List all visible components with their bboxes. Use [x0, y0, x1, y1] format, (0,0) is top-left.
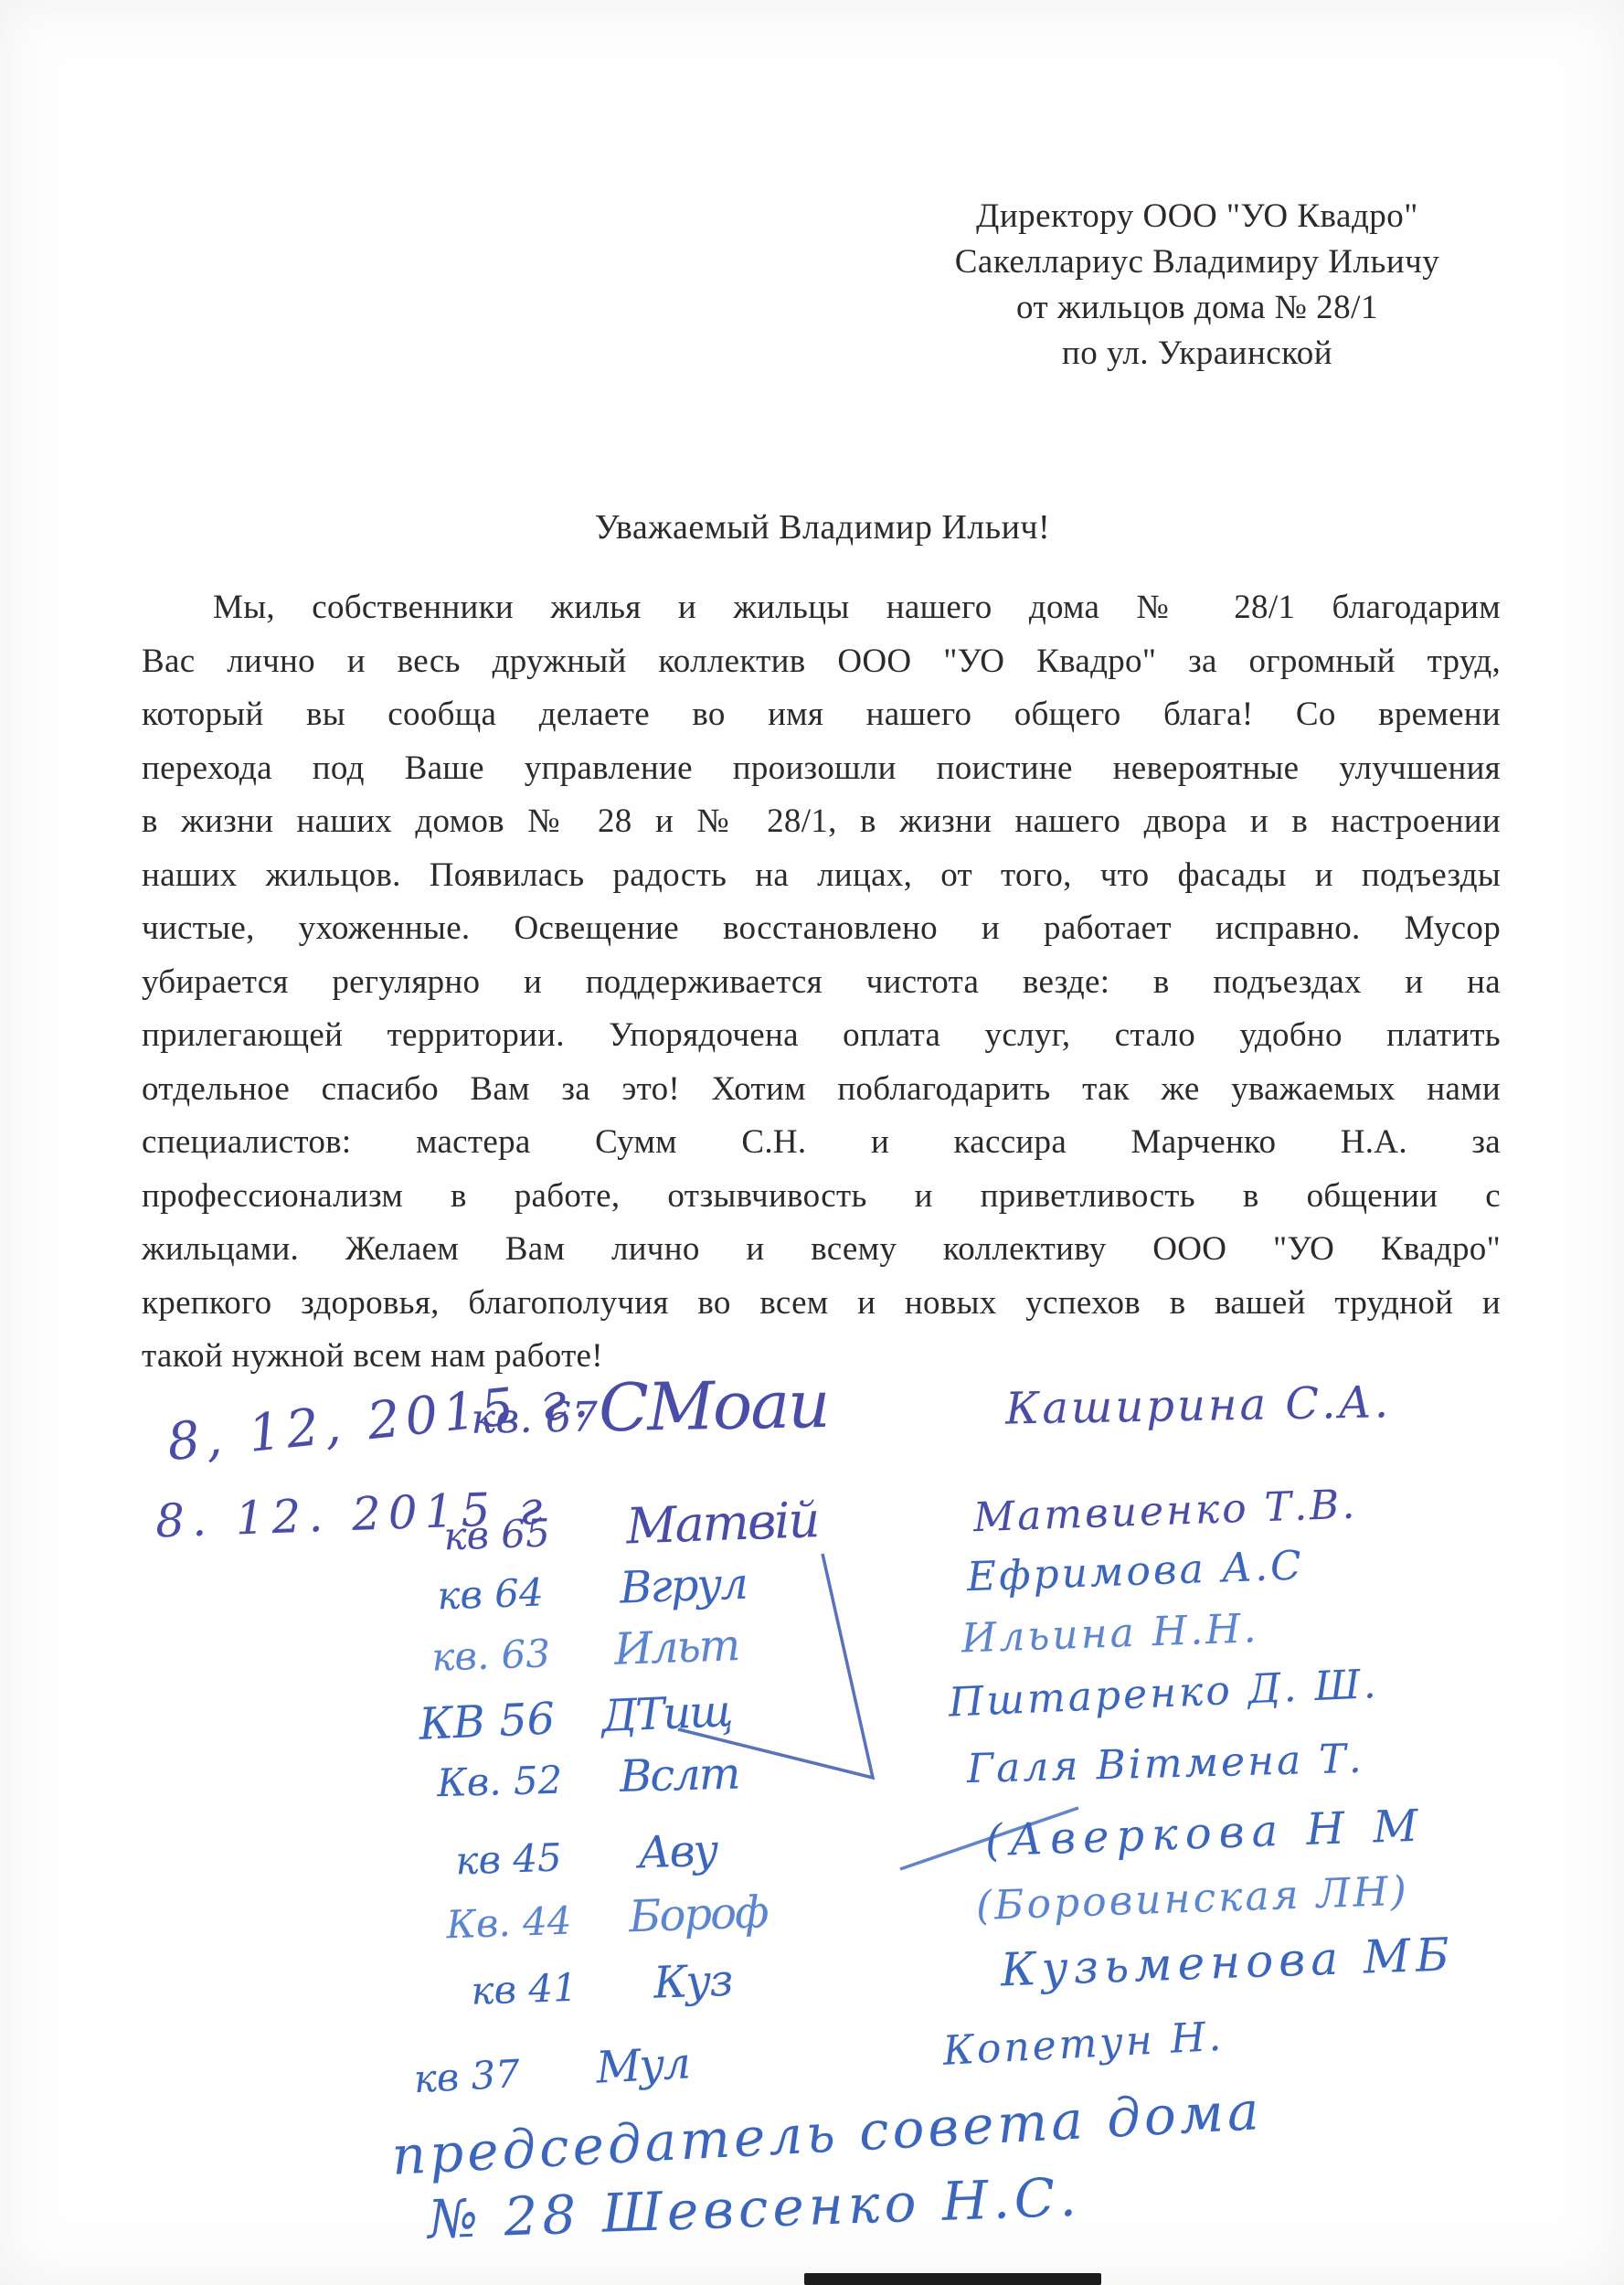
apartment-number: кв 45: [455, 1833, 640, 1884]
apartment-number: кв 37: [412, 2047, 597, 2101]
signature-scribble: Аву: [637, 1815, 986, 1878]
apartment-number: кв 41: [471, 1962, 655, 2014]
signer-name: Кузьменова МБ: [1000, 1928, 1456, 1996]
signature-scribble: ДТищ: [600, 1676, 950, 1743]
body-line: Мы, собственники жилья и жильцы нашего д…: [142, 581, 1501, 635]
recipient-line: Директору ООО "УО Квадро": [896, 194, 1499, 239]
signature-scribble: Бороф: [628, 1879, 977, 1942]
letter-body: Мы, собственники жилья и жильцы нашего д…: [142, 581, 1501, 1384]
signature-scribble: Вгрул: [619, 1550, 968, 1613]
apartment-number: кв. 63: [430, 1629, 615, 1680]
body-line: перехода под Ваше управление произошли п…: [142, 742, 1501, 796]
body-line: который вы сообща делаете во имя нашего …: [142, 688, 1501, 742]
signature-scribble: Вслт: [619, 1742, 967, 1802]
signer-name: Ефримова А.С: [966, 1542, 1304, 1600]
body-line: специалистов: мастера Сумм С.Н. и кассир…: [142, 1116, 1501, 1170]
signature-scribble: Ильт: [613, 1612, 962, 1675]
signer-name: Копетун Н.: [942, 2014, 1226, 2075]
apartment-number: Кв. 52: [437, 1756, 621, 1805]
signer-name: (Боровинская ЛН): [975, 1868, 1410, 1930]
signer-name: Ильина Н.Н.: [961, 1605, 1259, 1662]
recipient-line: по ул. Украинской: [896, 331, 1499, 377]
signer-name: (Аверкова Н М: [984, 1800, 1426, 1866]
signature-scribble: Куз: [653, 1946, 1002, 2009]
body-line: в жизни наших домов № 28 и № 28/1, в жиз…: [142, 795, 1501, 849]
body-line: профессионализм в работе, отзывчивость и…: [142, 1170, 1501, 1224]
apartment-number: кв 64: [436, 1568, 621, 1619]
body-line: чистые, ухоженные. Освещение восстановле…: [142, 902, 1501, 956]
recipient-line: от жильцов дома № 28/1: [896, 285, 1499, 331]
signer-name: Пштаренко Д. Ш.: [948, 1661, 1380, 1726]
apartment-number: кв. 67: [471, 1392, 600, 1442]
recipient-line: Сакеллариус Владимиру Ильичу: [896, 239, 1499, 285]
signer-name: Матвиенко Т.В.: [972, 1482, 1358, 1542]
body-line: убирается регулярно и поддерживается чис…: [142, 956, 1501, 1010]
body-line: отдельное спасибо Вам за это! Хотим побл…: [142, 1063, 1501, 1117]
recipient-block: Директору ООО "УО Квадро" Сакеллариус Вл…: [896, 194, 1499, 377]
apartment-number: кв 65: [443, 1507, 628, 1558]
signature-scribble: Мул: [595, 2025, 944, 2094]
signature-scribble: СМоаи: [598, 1363, 1005, 1447]
scan-edge-artifact: [804, 2273, 1101, 2285]
apartment-number: Кв. 44: [446, 1896, 631, 1947]
signature-scribble: Матвій: [625, 1485, 974, 1555]
signer-name: Каширина С.А.: [1005, 1376, 1392, 1434]
letter-page: Директору ООО "УО Квадро" Сакеллариус Вл…: [0, 0, 1624, 2285]
body-line: наших жильцов. Появилась радость на лица…: [142, 849, 1501, 903]
salutation: Уважаемый Владимир Ильич!: [142, 507, 1503, 547]
body-line: жильцами. Желаем Вам лично и всему колле…: [142, 1223, 1501, 1277]
body-line: крепкого здоровья, благополучия во всем …: [142, 1277, 1501, 1331]
apartment-number: КВ 56: [418, 1691, 602, 1750]
body-line: Вас лично и весь дружный коллектив ООО "…: [142, 635, 1501, 689]
signer-name: Галя Вітмена Т.: [966, 1736, 1364, 1792]
body-line: прилегающей территории. Упорядочена опла…: [142, 1009, 1501, 1063]
signature-row: кв. 67 СМоаи Каширина С.А.: [470, 1355, 1391, 1449]
